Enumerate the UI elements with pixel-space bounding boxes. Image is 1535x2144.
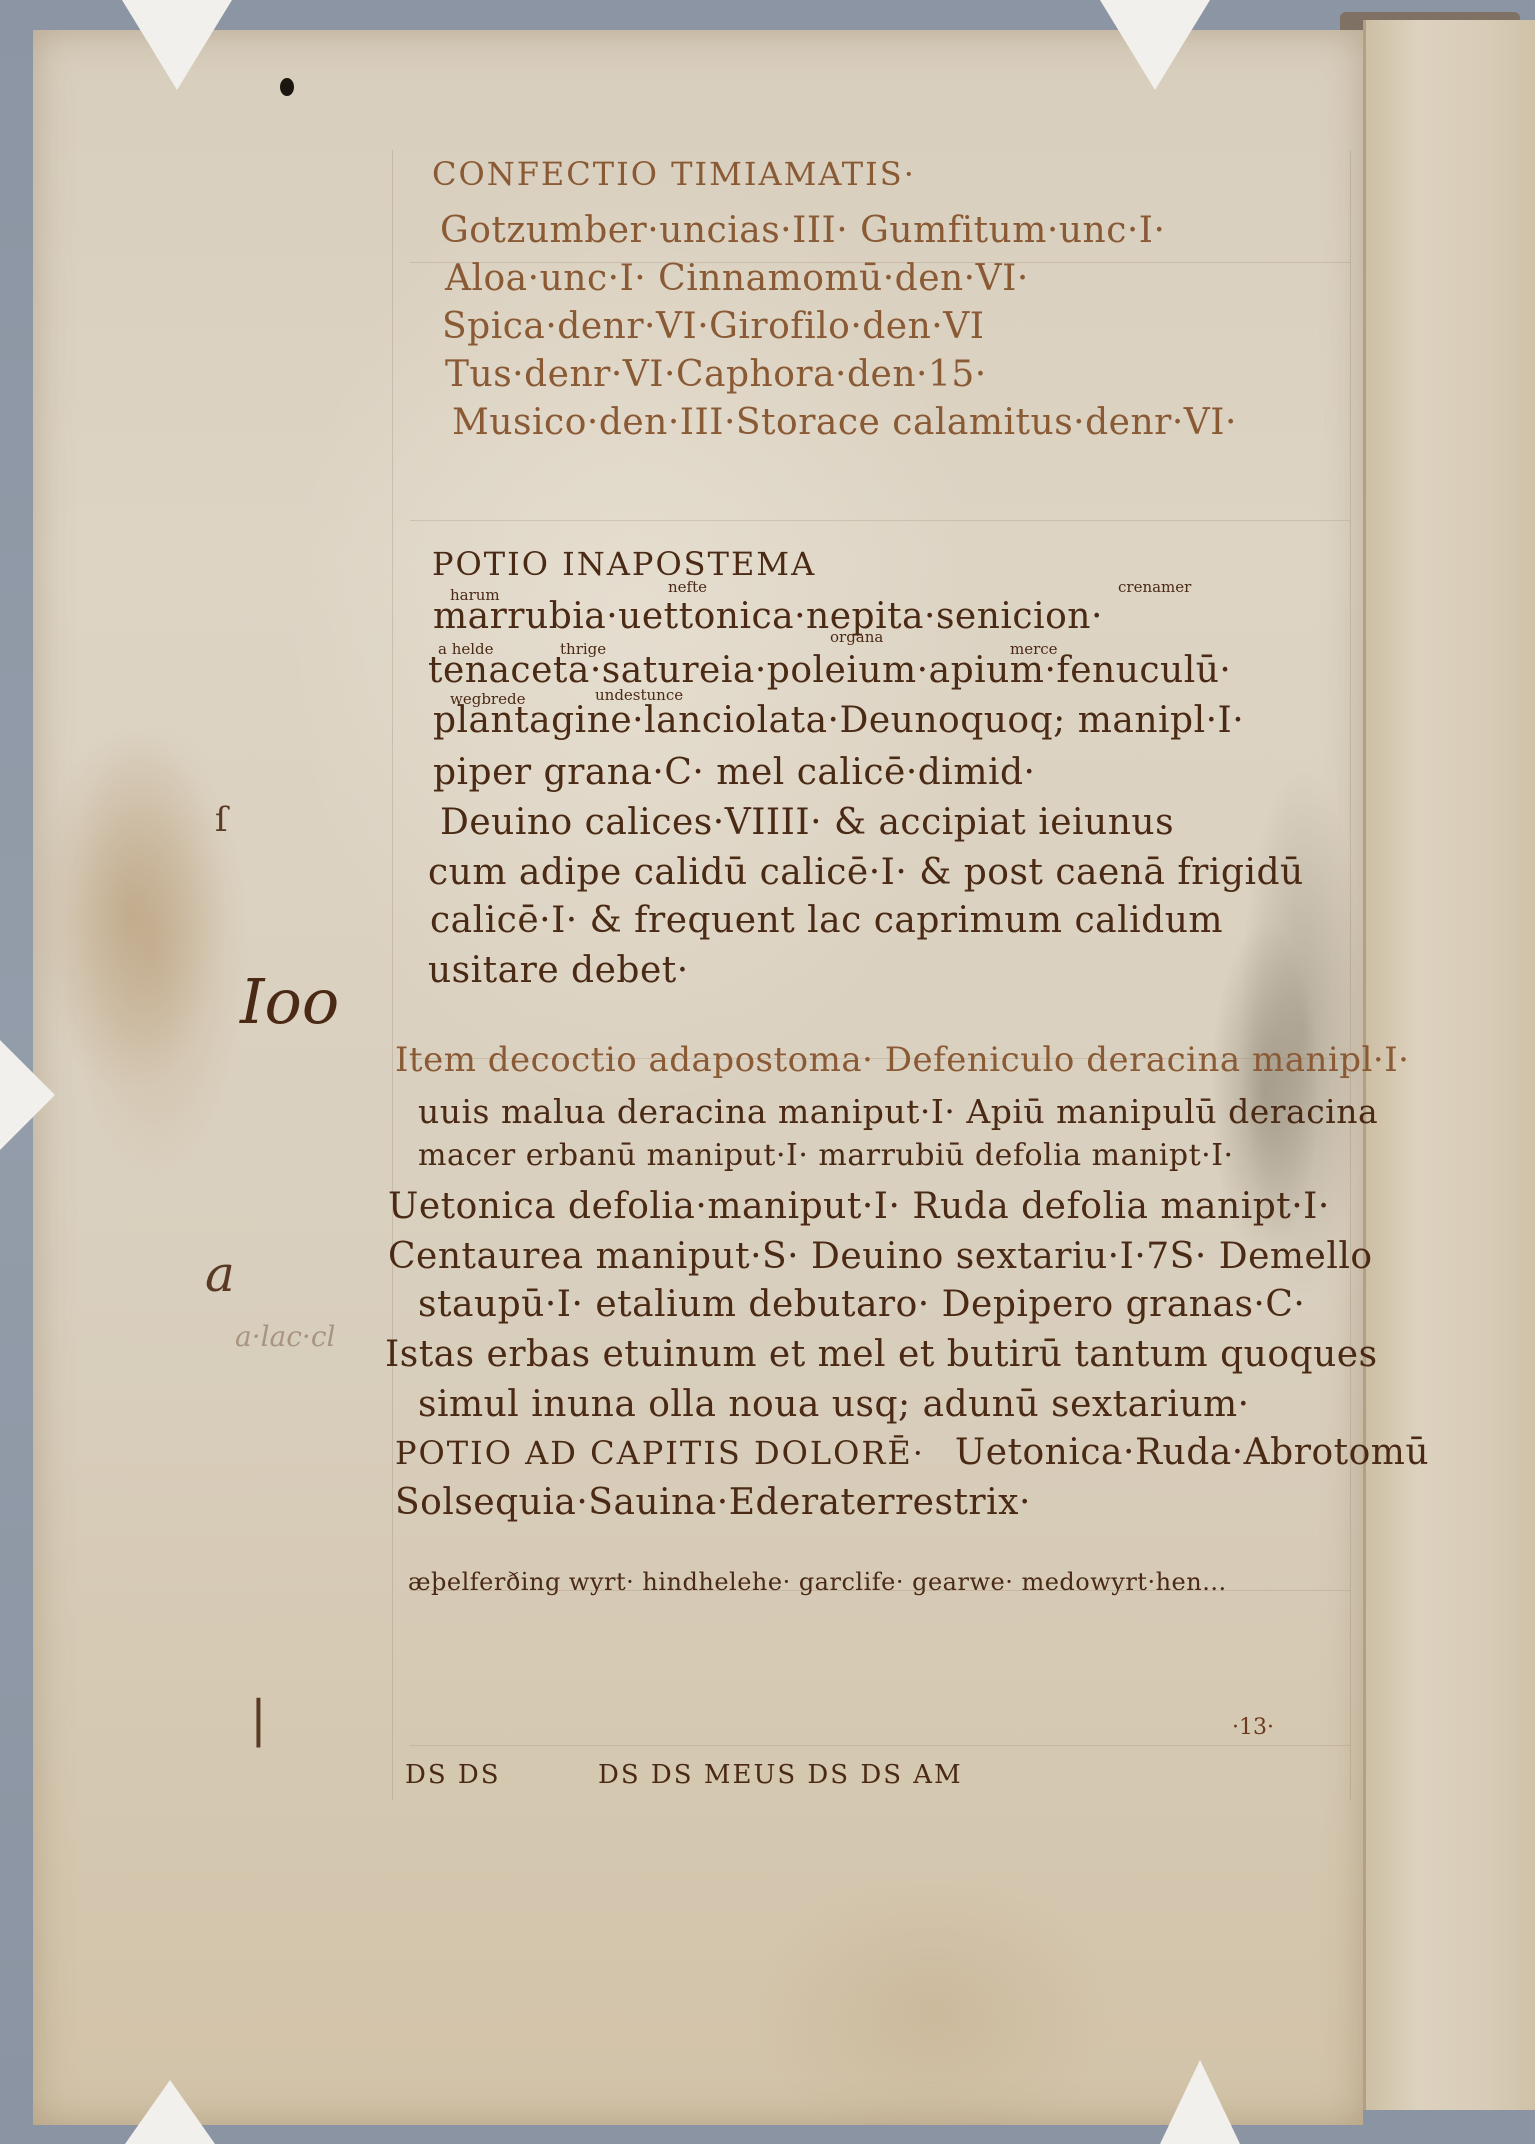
text-line: piper grana·C· mel calicē·dimid· xyxy=(433,752,1035,793)
margin-pen-mark: ſ xyxy=(215,800,228,840)
interlinear-gloss: nefte xyxy=(668,578,707,596)
text-line: cum adipe calidū calicē·I· & post caenā … xyxy=(428,852,1304,893)
text-line: calicē·I· & frequent lac caprimum calidu… xyxy=(430,900,1223,941)
margin-faded-note: a·lac·cl xyxy=(235,1320,335,1353)
text-line: usitare debet· xyxy=(428,950,689,991)
vertical-ruling xyxy=(392,150,393,1800)
text-line: Aloa·unc·I· Cinnamomū·den·VI· xyxy=(445,258,1029,299)
text-line: plantagine·lanciolata·Deunoquoq; manipl·… xyxy=(433,700,1244,741)
foliation-number: ·13· xyxy=(1232,1715,1274,1740)
parchment-hole xyxy=(280,78,294,96)
ruling-line xyxy=(410,520,1350,521)
recipe-heading-potio-ad-capitis: POTIO AD CAPITIS DOLORĒ· xyxy=(395,1434,925,1472)
text-line: marrubia·uettonica·nepita·senicion· xyxy=(433,596,1103,637)
interlinear-gloss: organa xyxy=(830,628,883,646)
recipe-heading-potio-inapostema: POTIO INAPOSTEMA xyxy=(432,545,816,583)
text-line: Deuino calices·VIIII· & accipiat ieiunus xyxy=(440,802,1174,843)
margin-letter: a xyxy=(205,1245,235,1303)
text-line: tenaceta·satureia·poleium·apium·fenuculū… xyxy=(428,650,1231,691)
text-line: Tus·denr·VI·Caphora·den·15· xyxy=(445,354,987,395)
text-line: Uetonica defolia·maniput·I· Ruda defolia… xyxy=(388,1186,1330,1227)
text-line: staupū·I· etalium debutaro· Depipero gra… xyxy=(418,1284,1305,1325)
text-line: Centaurea maniput·S· Deuino sextariu·I·7… xyxy=(388,1236,1373,1277)
pen-trial-right: Ds Ds Meus Ds Ds am xyxy=(598,1760,963,1790)
water-stain-left xyxy=(60,720,250,1180)
text-line: uuis malua deracina maniput·I· Apiū mani… xyxy=(418,1092,1378,1131)
text-line: Istas erbas etuinum et mel et butirū tan… xyxy=(385,1334,1378,1375)
ruling-line xyxy=(410,1745,1350,1746)
text-fragment: Uetonica·Ruda·Abrotomū xyxy=(955,1432,1429,1473)
recipe-heading-confectio: CONFECTIO TIMIAMATIS· xyxy=(432,155,916,193)
text-line: Gotzumber·uncias·III· Gumfitum·unc·I· xyxy=(440,210,1165,251)
text-line: Solsequia·Sauina·Ederaterrestrix· xyxy=(395,1482,1031,1523)
text-line: macer erbanū maniput·I· marrubiū defolia… xyxy=(418,1138,1234,1173)
old-english-plant-list: æþelferðing wyrt· hindhelehe· garclife· … xyxy=(408,1568,1227,1596)
text-line: Musico·den·III·Storace calamitus·denr·VI… xyxy=(452,402,1237,443)
margin-flourish: Ioo xyxy=(240,965,339,1038)
vertical-ruling xyxy=(1350,150,1351,1800)
pen-trial-left: Ds Ds xyxy=(405,1760,501,1790)
recipe-heading-item-decoctio: Item decoctio adapostoma· Defeniculo der… xyxy=(395,1040,1409,1080)
text-line: Spica·denr·VI·Girofilo·den·VI xyxy=(442,306,984,347)
recipe-potio-ad-capitis-dolore: POTIO AD CAPITIS DOLORĒ· Uetonica·Ruda·A… xyxy=(395,1432,1429,1473)
text-line: simul inuna olla noua usq; adunū sextari… xyxy=(418,1384,1250,1425)
interlinear-gloss: crenamer xyxy=(1118,578,1191,596)
margin-stroke: | xyxy=(250,1690,267,1748)
